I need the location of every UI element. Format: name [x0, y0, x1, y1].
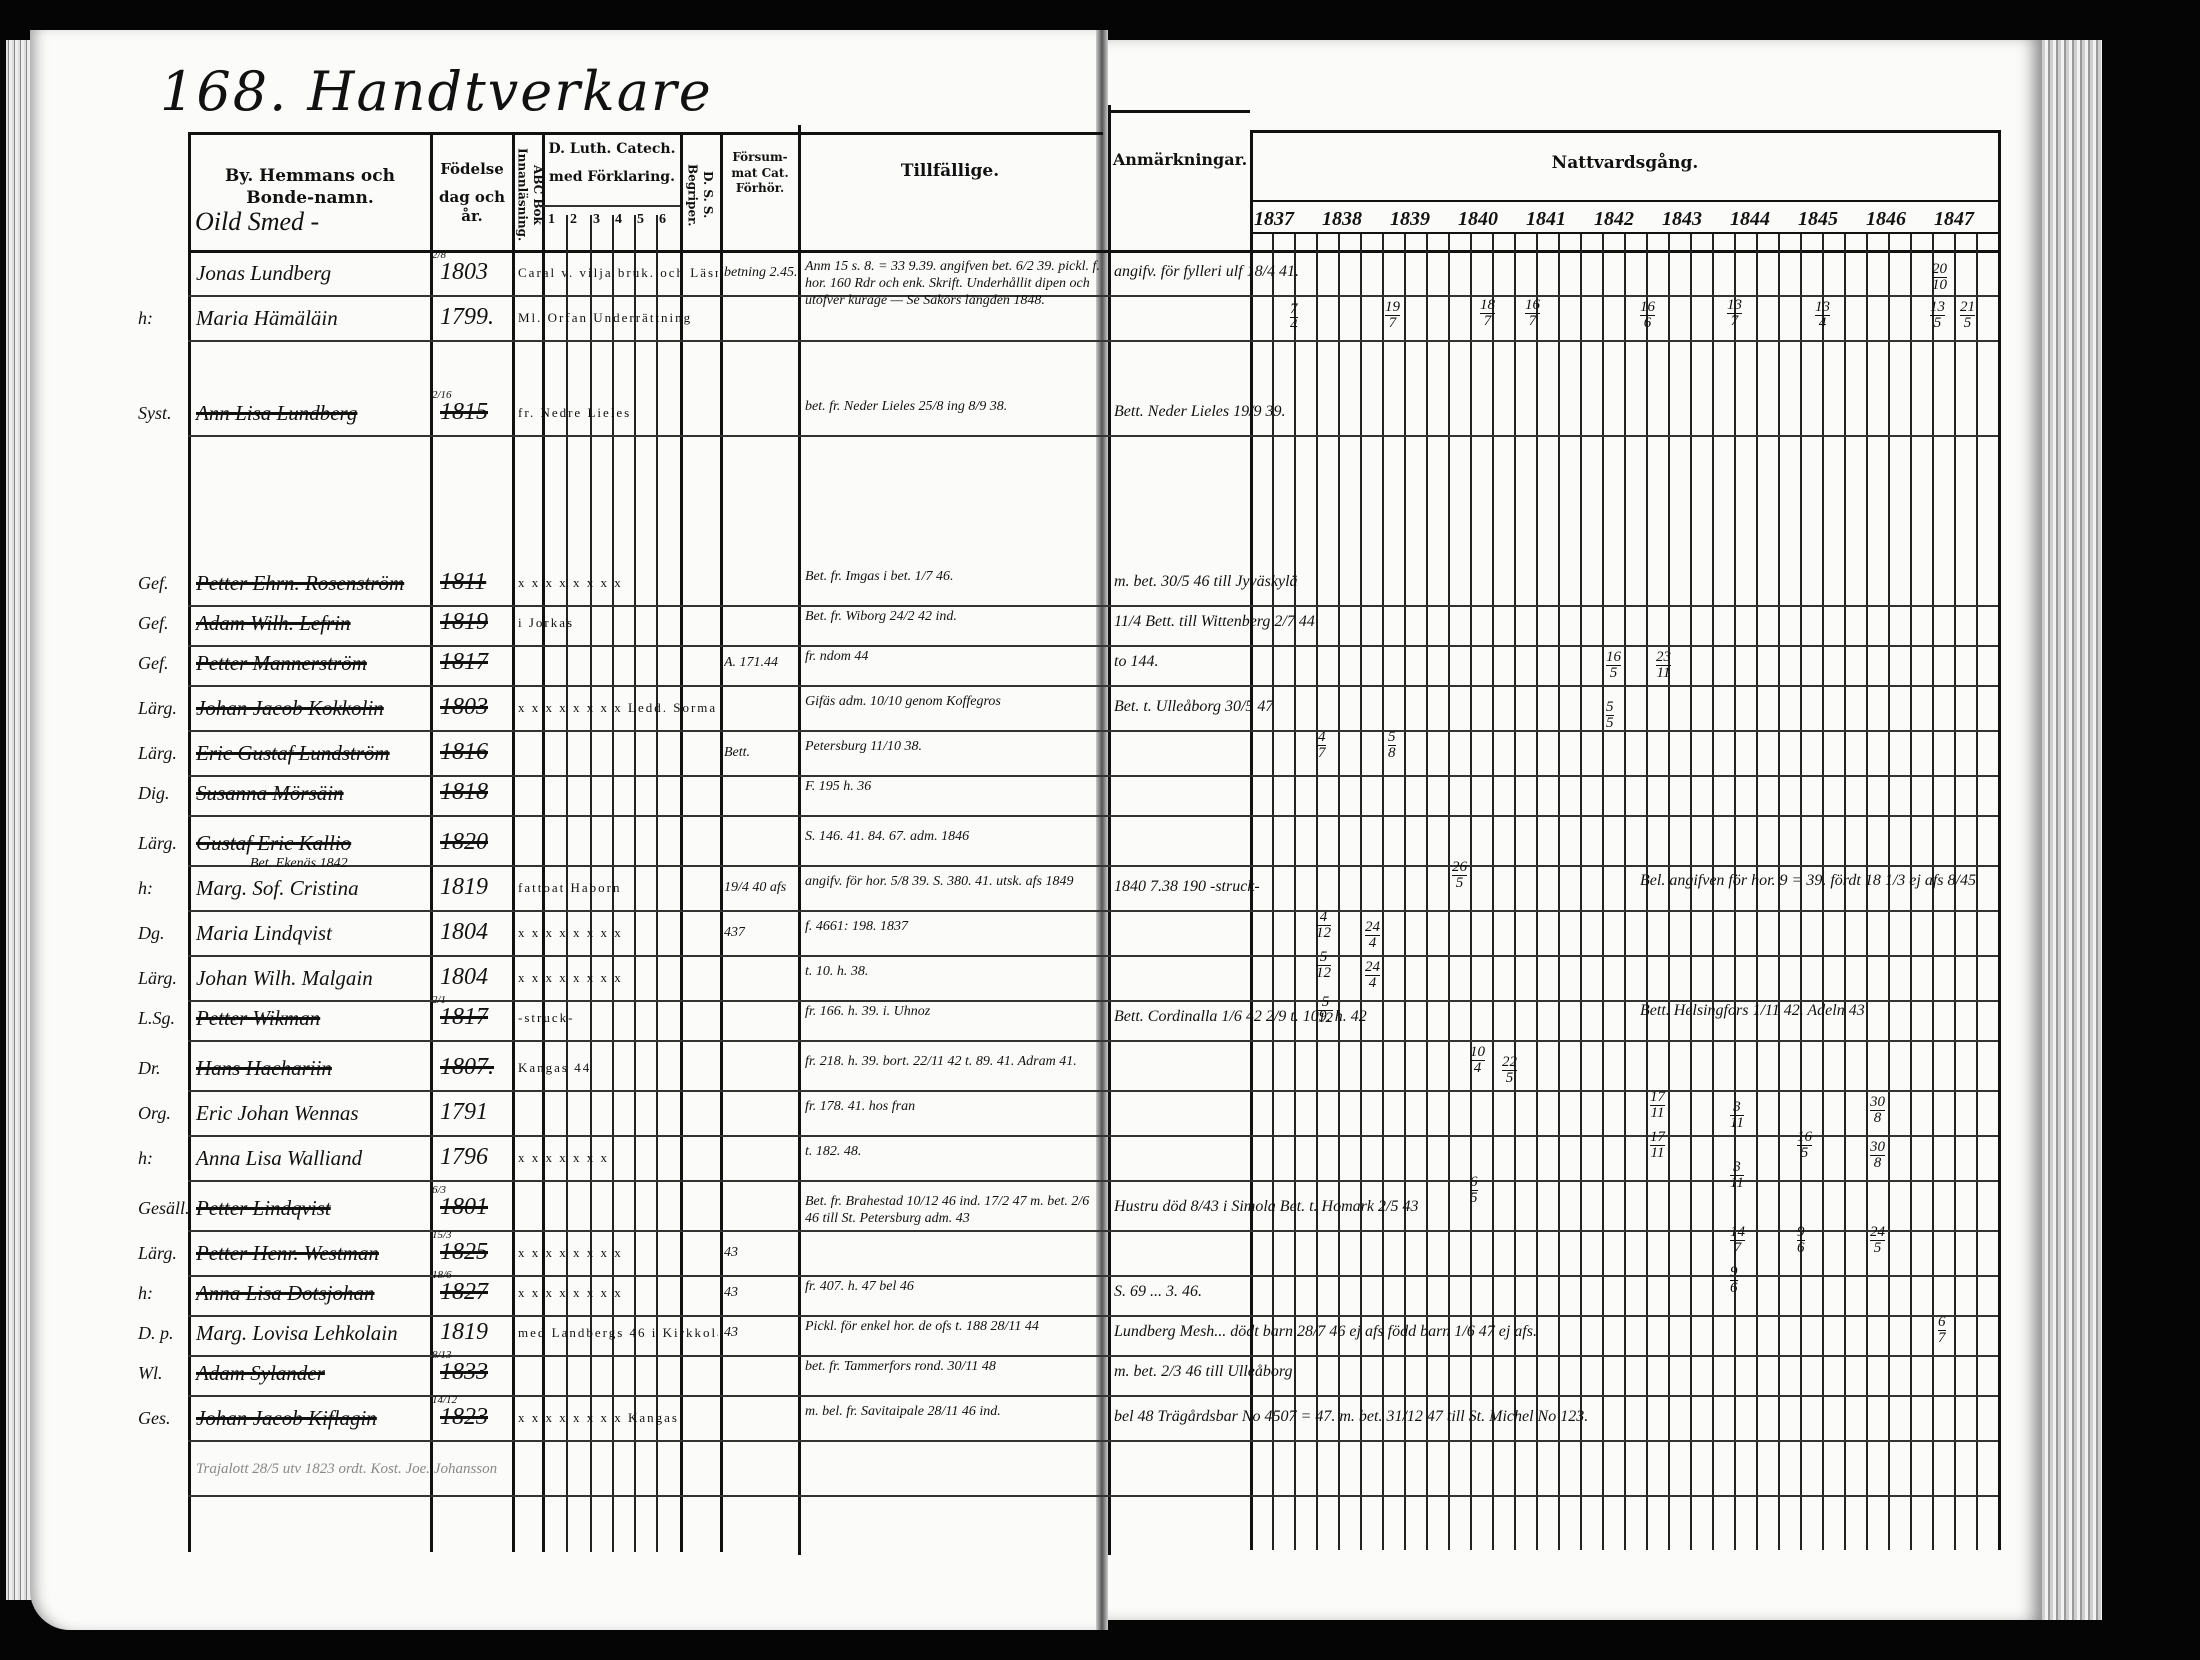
communion-day: 9	[1797, 1225, 1805, 1241]
tillfallige-note: t. 10. h. 38.	[805, 964, 1100, 981]
year-header: 1839	[1390, 208, 1430, 231]
row-rule	[188, 1135, 1998, 1137]
communion-date: 512	[1316, 950, 1331, 981]
nattvard-subcolumn-line	[1360, 234, 1362, 1550]
communion-day: 14	[1730, 1225, 1745, 1241]
communion-day: 24	[1365, 960, 1380, 976]
birth-year: 1819	[440, 1319, 488, 1346]
nattvard-subcolumn-line	[1800, 234, 1802, 1550]
anmarkningar-note: m. bet. 30/5 46 till Jyväskylä	[1114, 573, 1298, 591]
nattvard-subcolumn-line	[1954, 234, 1956, 1550]
communion-month: 5	[1960, 316, 1975, 331]
nattvard-subcolumn-line	[1866, 234, 1868, 1550]
catech-numbers-rule	[542, 205, 680, 207]
col-border-name-left	[188, 132, 191, 1552]
tillfallige-note: f. 4661: 198. 1837	[805, 919, 1100, 936]
person-name: Petter Mannerström	[196, 651, 367, 676]
communion-date: 96	[1797, 1225, 1805, 1256]
person-name: Petter Ehrn. Rosenström	[196, 571, 404, 596]
row-rule	[188, 910, 1998, 912]
tillfallige-note: Petersburg 11/10 38.	[805, 739, 1100, 756]
nattvard-subcolumn-line	[1448, 234, 1450, 1550]
communion-day: 30	[1870, 1095, 1885, 1111]
communion-date: 265	[1452, 860, 1467, 891]
communion-day: 6	[1470, 1175, 1478, 1191]
communion-month: 7	[1480, 314, 1495, 329]
nattvard-note: Bel. angifven för hor. 9 = 39. fördt 18 …	[1640, 872, 1976, 890]
row-rule	[188, 815, 1998, 817]
catechism-marks: x x x x x x x	[518, 1150, 609, 1166]
communion-date: 137	[1727, 298, 1742, 329]
birth-year: 1833	[440, 1359, 488, 1386]
catechism-marks: x x x x x x x x	[518, 1285, 623, 1301]
communion-day: 17	[1650, 1130, 1665, 1146]
row-margin-status: Lärg.	[138, 698, 177, 719]
communion-day: 13	[1930, 300, 1945, 316]
year-header: 1847	[1934, 208, 1974, 231]
communion-date: 412	[1316, 910, 1331, 941]
communion-date: 215	[1960, 300, 1975, 331]
row-margin-status: Lärg.	[138, 743, 177, 764]
row-margin-status: L.Sg.	[138, 1008, 175, 1029]
forsummat-value: 437	[724, 925, 745, 941]
birth-year: 1804	[440, 964, 488, 991]
communion-month: 11	[1730, 1176, 1744, 1191]
communion-day: 10	[1470, 1045, 1485, 1061]
birth-year: 1801	[440, 1194, 488, 1221]
anmarkningar-note: 1840 7.38 190 -struck-	[1114, 878, 1260, 896]
header-birth: Födelse dag och år.	[432, 160, 512, 227]
header-abc-bok: ABC Bok Innanläsning.	[514, 140, 545, 250]
tillfallige-note: bet. fr. Neder Lieles 25/8 ing 8/9 38.	[805, 399, 1100, 416]
nattvard-subcolumn-line	[1492, 234, 1494, 1550]
communion-date: 74	[1290, 302, 1298, 333]
catechism-marks: x x x x x x x x Kangas	[518, 1410, 679, 1426]
communion-month: 5	[1452, 876, 1467, 891]
catechism-marks: x x x x x x x x	[518, 575, 623, 591]
birth-year: 1819	[440, 609, 488, 636]
anmarkningar-note: Bet. t. Ulleåborg 30/5 47	[1114, 698, 1273, 716]
nattvard-subcolumn-line	[1316, 234, 1318, 1550]
tillfallige-note: fr. 218. h. 39. bort. 22/11 42 t. 89. 41…	[805, 1054, 1100, 1071]
birth-year: 1817	[440, 1004, 488, 1031]
communion-day: 3	[1730, 1100, 1744, 1116]
communion-date: 104	[1470, 1045, 1485, 1076]
communion-date: 55	[1606, 700, 1614, 731]
communion-day: 9	[1730, 1265, 1738, 1281]
catechism-marks: Ml. Orfan Underrättning	[518, 310, 692, 326]
nattvard-subcolumn-line	[1580, 234, 1582, 1550]
communion-month: 5	[1606, 666, 1621, 681]
communion-month: 4	[1290, 318, 1298, 333]
year-header: 1842	[1594, 208, 1634, 231]
nattvard-subcolumn-line	[1338, 234, 1340, 1550]
nattvard-subcolumn-line	[1932, 234, 1934, 1550]
tillfallige-note: fr. 166. h. 39. i. Uhnoz	[805, 1004, 1100, 1021]
birth-day: 14/12	[432, 1394, 457, 1406]
communion-month: 11	[1730, 1116, 1744, 1131]
communion-month: 4	[1365, 936, 1380, 951]
nattvard-subcolumn-line	[1382, 234, 1384, 1550]
nattvard-subcolumn-line	[1910, 234, 1912, 1550]
birth-year: 1823	[440, 1404, 488, 1431]
person-name: Anna Lisa Dotsjohan	[196, 1281, 375, 1306]
communion-date: 96	[1730, 1265, 1738, 1296]
row-margin-status: Lärg.	[138, 968, 177, 989]
communion-month: 5	[1930, 316, 1945, 331]
catechism-marks: x x x x x x x x	[518, 925, 623, 941]
nattvard-subcolumn-line	[1602, 234, 1604, 1550]
row-margin-status: Gef.	[138, 573, 169, 594]
name-note: Bet. Ekenäs 1842	[250, 856, 348, 872]
communion-month: 5	[1797, 1146, 1812, 1161]
row-rule	[188, 1355, 1998, 1357]
row-margin-status: Gesäll.	[138, 1198, 190, 1219]
person-name: Marg. Sof. Cristina	[196, 876, 359, 901]
nattvard-subcolumn-line	[1844, 234, 1846, 1550]
nattvard-subcolumn-line	[1558, 234, 1560, 1550]
communion-month: 11	[1656, 666, 1671, 681]
row-margin-status: Dg.	[138, 923, 165, 944]
communion-date: 147	[1730, 1225, 1745, 1256]
birth-year: 1803	[440, 259, 488, 286]
col-catech-4	[634, 215, 636, 1552]
forsummat-value: A. 171.44	[724, 655, 778, 671]
row-margin-status: Lärg.	[138, 833, 177, 854]
person-name: Trajalott 28/5 utv 1823 ordt. Kost. Joe.…	[196, 1461, 497, 1478]
row-margin-status: Lärg.	[138, 1243, 177, 1264]
nattvard-subcolumn-line	[1470, 234, 1472, 1550]
communion-date: 244	[1365, 960, 1380, 991]
communion-date: 65	[1470, 1175, 1478, 1206]
row-rule	[188, 685, 1998, 687]
birth-year: 1799.	[440, 304, 494, 331]
communion-date: 225	[1502, 1055, 1517, 1086]
header-catech-line2: med Förklaring.	[544, 168, 680, 186]
nattvard-subcolumn-line	[1756, 234, 1758, 1550]
row-rule	[188, 1495, 1998, 1497]
header-forsummat-line3: Förhör.	[722, 181, 798, 197]
communion-day: 21	[1960, 300, 1975, 316]
row-rule	[188, 1180, 1998, 1182]
communion-day: 22	[1502, 1055, 1517, 1071]
birth-year: 1816	[440, 739, 488, 766]
header-nattvardsgang: Nattvardsgång.	[1250, 152, 2000, 174]
row-rule	[188, 1230, 1998, 1232]
communion-month: 7	[1727, 314, 1742, 329]
tillfallige-note: bet. fr. Tammerfors rond. 30/11 48	[805, 1359, 1100, 1376]
year-header: 1844	[1730, 208, 1770, 231]
tillfallige-note: Anm 15 s. 8. = 33 9.39. angifven bet. 6/…	[805, 259, 1100, 309]
communion-day: 24	[1365, 920, 1380, 936]
anmarkningar-note: bel 48 Trägårdsbar No 4507 = 47. m. bet.…	[1114, 1408, 1588, 1426]
row-margin-status: Syst.	[138, 403, 172, 424]
row-rule	[188, 1040, 1998, 1042]
catechism-marks: Caral v. vilja bruk. och Läsning	[518, 265, 718, 281]
communion-date: 167	[1525, 298, 1540, 329]
page-number: 168.	[160, 60, 288, 123]
communion-month: 10	[1932, 278, 1947, 293]
birth-year: 1815	[440, 399, 488, 426]
communion-month: 5	[1502, 1071, 1517, 1086]
communion-day: 4	[1318, 730, 1326, 746]
catechism-marks: Kangas 44	[518, 1060, 591, 1076]
tillfallige-note: Bet. fr. Imgas i bet. 1/7 46.	[805, 569, 1100, 586]
row-margin-status: h:	[138, 1283, 153, 1304]
nattvard-subcolumn-line	[1690, 234, 1692, 1550]
tillfallige-note: m. bel. fr. Savitaipale 28/11 46 ind.	[805, 1404, 1100, 1421]
anmarkningar-note: Lundberg Mesh... dödt barn 28/7 46 ej af…	[1114, 1323, 1537, 1341]
year-header: 1843	[1662, 208, 1702, 231]
person-name: Eric Johan Wennas	[196, 1101, 359, 1126]
row-rule	[188, 955, 1998, 957]
communion-day: 16	[1525, 298, 1540, 314]
catech-number: 2	[570, 212, 577, 228]
birth-day: 8/13	[432, 1349, 452, 1361]
col-border-anmarkningar	[1108, 105, 1111, 1555]
nattvard-subcolumn-line	[1536, 234, 1538, 1550]
tillfallige-note: angifv. för hor. 5/8 39. S. 380. 41. uts…	[805, 874, 1100, 891]
header-forsummat-line1: Försum-	[722, 150, 798, 166]
row-margin-status: Gef.	[138, 653, 169, 674]
row-rule	[188, 605, 1998, 607]
catechism-marks: med Landbergs 46 i Kirkkola	[518, 1325, 718, 1341]
catech-number: 4	[615, 212, 622, 228]
row-margin-status: Wl.	[138, 1363, 163, 1384]
communion-day: 18	[1480, 298, 1495, 314]
header-top-rule-right-a	[1108, 110, 1250, 113]
communion-day: 5	[1606, 700, 1614, 716]
communion-day: 13	[1815, 300, 1830, 316]
row-rule	[188, 1395, 1998, 1397]
communion-date: 165	[1606, 650, 1621, 681]
header-anmarkningar: Anmärkningar.	[1110, 150, 1250, 171]
row-rule	[188, 865, 1998, 867]
person-name: Eric Gustaf Lundström	[196, 741, 390, 766]
catech-number: 5	[637, 212, 644, 228]
person-name: Adam Wilh. Lefrin	[196, 611, 351, 636]
year-header: 1845	[1798, 208, 1838, 231]
header-birth-line1: Födelse	[432, 160, 512, 180]
communion-month: 5	[1870, 1241, 1885, 1256]
person-name: Adam Sylander	[196, 1361, 325, 1386]
communion-date: 308	[1870, 1140, 1885, 1171]
anmarkningar-note: to 144.	[1114, 653, 1158, 671]
nattvard-subcolumn-line	[1668, 234, 1670, 1550]
birth-day: 2/16	[432, 389, 452, 401]
header-dss-begriper: D. S. S. Begriper.	[684, 140, 715, 250]
birth-year: 1819	[440, 874, 488, 901]
col-border-birth	[430, 132, 433, 1552]
section-title: Handtverkare	[307, 60, 712, 123]
row-rule	[188, 645, 1998, 647]
anmarkningar-note: Bett. Neder Lieles 19/9 39.	[1114, 403, 1286, 421]
communion-date: 187	[1480, 298, 1495, 329]
communion-day: 20	[1932, 262, 1947, 278]
person-name: Anna Lisa Walliand	[196, 1146, 362, 1171]
row-margin-status: h:	[138, 1148, 153, 1169]
communion-month: 6	[1730, 1281, 1738, 1296]
nattvard-subcolumn-line	[1888, 234, 1890, 1550]
communion-day: 26	[1452, 860, 1467, 876]
tillfallige-note: Bet. fr. Brahestad 10/12 46 ind. 17/2 47…	[805, 1194, 1100, 1228]
row-margin-status: Dr.	[138, 1058, 161, 1079]
nattvard-subcolumn-line	[1822, 234, 1824, 1550]
birth-day: 15/3	[432, 1229, 452, 1241]
header-name: By. Hemmans och Bonde-namn.	[192, 165, 428, 209]
communion-date: 166	[1640, 300, 1655, 331]
catechism-marks: x x x x x x x x	[518, 970, 623, 986]
col-catech-5	[656, 215, 658, 1552]
birth-year: 1803	[440, 694, 488, 721]
col-border-forsummat	[720, 132, 723, 1552]
nattvard-subcolumn-line	[1646, 234, 1648, 1550]
nattvard-subcolumn-line	[1294, 234, 1296, 1550]
communion-date: 165	[1797, 1130, 1812, 1161]
year-header: 1840	[1458, 208, 1498, 231]
birth-year: 1804	[440, 919, 488, 946]
tillfallige-note: fr. 178. 41. hos fran	[805, 1099, 1100, 1116]
header-tillfallige: Tillfällige.	[800, 160, 1100, 182]
communion-month: 8	[1870, 1156, 1885, 1171]
tillfallige-note: Gifäs adm. 10/10 genom Koffegros	[805, 694, 1100, 711]
communion-month: 12	[1316, 966, 1331, 981]
communion-date: 2010	[1932, 262, 1947, 293]
header-birth-line2: dag och år.	[432, 188, 512, 227]
communion-date: 1711	[1650, 1090, 1665, 1121]
tillfallige-note: F. 195 h. 36	[805, 779, 1100, 796]
communion-date: 512	[1318, 995, 1333, 1026]
communion-date: 134	[1815, 300, 1830, 331]
person-name: Gustaf Eric Kallio	[196, 831, 351, 856]
birth-day: 2/8	[432, 249, 446, 261]
communion-date: 67	[1938, 1315, 1946, 1346]
birth-year: 1796	[440, 1144, 488, 1171]
person-name: Maria Hämäläin	[196, 306, 338, 331]
communion-month: 7	[1525, 314, 1540, 329]
row-margin-status: h:	[138, 308, 153, 329]
communion-month: 7	[1318, 746, 1326, 761]
nattvard-subcolumn-line	[1404, 234, 1406, 1550]
catechism-marks: x x x x x x x x Ledd. Sorma	[518, 700, 717, 716]
communion-date: 245	[1870, 1225, 1885, 1256]
nattvard-subcolumn-line	[1514, 234, 1516, 1550]
person-name: Hans Hachariin	[196, 1056, 332, 1081]
communion-day: 4	[1316, 910, 1331, 926]
communion-month: 5	[1606, 716, 1614, 731]
anmarkningar-note: S. 69 ... 3. 46.	[1114, 1283, 1202, 1301]
header-forsummat: Försum- mat Cat. Förhör.	[722, 150, 798, 197]
occupation-heading: Oild Smed -	[195, 207, 319, 237]
communion-day: 17	[1650, 1090, 1665, 1106]
row-margin-status: Gef.	[138, 613, 169, 634]
communion-day: 16	[1606, 650, 1621, 666]
forsummat-value: betning 2.45. betning afse	[724, 265, 798, 281]
person-name: Susanna Mörsäin	[196, 781, 344, 806]
book-page-edges-right	[2042, 40, 2102, 1620]
year-row-top-rule	[1250, 200, 2000, 202]
birth-year: 1817	[440, 649, 488, 676]
row-rule	[188, 1275, 1998, 1277]
year-header: 1846	[1866, 208, 1906, 231]
communion-day: 16	[1797, 1130, 1812, 1146]
forsummat-value: 43	[724, 1245, 738, 1261]
nattvard-subcolumn-line	[1272, 234, 1274, 1550]
header-bottom-rule	[188, 250, 2000, 253]
birth-year: 1811	[440, 569, 486, 596]
communion-day: 6	[1938, 1315, 1946, 1331]
communion-date: 244	[1365, 920, 1380, 951]
row-margin-status: Org.	[138, 1103, 171, 1124]
communion-day: 5	[1318, 995, 1333, 1011]
nattvard-subcolumn-line	[1426, 234, 1428, 1550]
person-name: Maria Lindqvist	[196, 921, 332, 946]
nattvard-subcolumn-line	[1778, 234, 1780, 1550]
row-rule	[188, 1315, 1998, 1317]
communion-day: 5	[1316, 950, 1331, 966]
row-rule	[188, 1440, 1998, 1442]
communion-month: 4	[1815, 316, 1830, 331]
communion-day: 30	[1870, 1140, 1885, 1156]
communion-date: 135	[1930, 300, 1945, 331]
communion-date: 47	[1318, 730, 1326, 761]
communion-month: 8	[1388, 746, 1396, 761]
person-name: Johan Jacob Kiflagin	[196, 1406, 377, 1431]
communion-month: 7	[1385, 316, 1400, 331]
header-catech-line1: D. Luth. Catech.	[544, 140, 680, 158]
row-margin-status: D. p.	[138, 1323, 174, 1344]
catechism-marks: fr. Nedre Lieles	[518, 405, 631, 421]
catechism-marks: fattoat Haborn	[518, 880, 621, 896]
person-name: Petter Wikman	[196, 1006, 320, 1031]
communion-month: 6	[1797, 1241, 1805, 1256]
communion-month: 8	[1870, 1111, 1885, 1126]
catechism-marks: i Jorkas	[518, 615, 574, 631]
catech-number: 3	[593, 212, 600, 228]
catechism-marks: -struck-	[518, 1010, 574, 1026]
communion-date: 311	[1730, 1100, 1744, 1131]
header-top-rule-right-b	[1250, 130, 2000, 133]
tillfallige-note: t. 182. 48.	[805, 1144, 1100, 1161]
tillfallige-note: fr. ndom 44	[805, 649, 1100, 666]
nattvard-note: Bett. Helsingfors 1/11 42. Adeln 43	[1640, 1002, 1865, 1020]
nattvard-subcolumn-line	[1624, 234, 1626, 1550]
catech-number: 6	[659, 212, 666, 228]
row-margin-status: h:	[138, 878, 153, 899]
communion-date: 1711	[1650, 1130, 1665, 1161]
birth-year: 1820	[440, 829, 488, 856]
forsummat-value: 19/4 40 afs	[724, 880, 786, 896]
anmarkningar-note: 11/4 Bett. till Wittenberg 2/7 44	[1114, 613, 1315, 631]
person-name: Jonas Lundberg	[196, 261, 331, 286]
communion-month: 12	[1318, 1011, 1333, 1026]
communion-day: 24	[1870, 1225, 1885, 1241]
communion-day: 19	[1385, 300, 1400, 316]
communion-date: 197	[1385, 300, 1400, 331]
tillfallige-note: Bet. fr. Wiborg 24/2 42 ind.	[805, 609, 1100, 626]
nattvard-subcolumn-line	[1734, 234, 1736, 1550]
year-header: 1837	[1254, 208, 1294, 231]
birth-year: 1791	[440, 1099, 488, 1126]
page-title: 168. Handtverkare	[160, 60, 713, 123]
communion-day: 7	[1290, 302, 1298, 318]
communion-day: 5	[1388, 730, 1396, 746]
birth-year: 1825	[440, 1239, 488, 1266]
communion-month: 11	[1650, 1146, 1665, 1161]
communion-day: 16	[1640, 300, 1655, 316]
birth-year: 1807.	[440, 1054, 494, 1081]
person-name: Marg. Lovisa Lehkolain	[196, 1321, 398, 1346]
